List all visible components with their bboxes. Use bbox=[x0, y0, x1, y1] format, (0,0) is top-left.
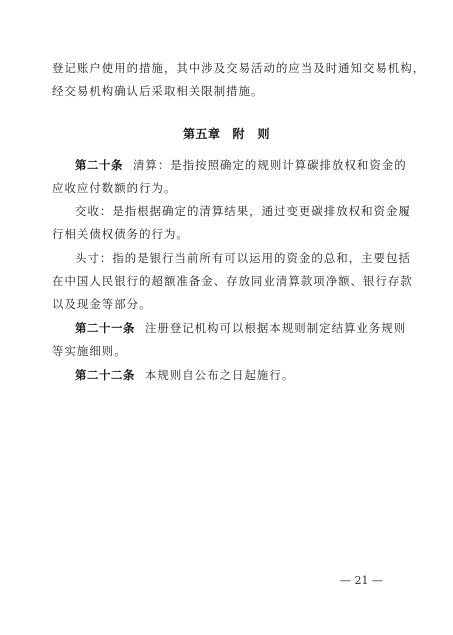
paragraph-line: 行相关债权债务的行为。 bbox=[52, 226, 412, 242]
chapter-title: 附 则 bbox=[233, 127, 271, 141]
paragraph-line: 应收应付数额的行为。 bbox=[52, 180, 412, 196]
article-text: 清算：是指按照确定的规则计算碳排放权和资金的 bbox=[133, 158, 407, 172]
paragraph-line: 经交易机构确认后采取相关限制措施。 bbox=[52, 83, 412, 99]
paragraph-line: 等实施细则。 bbox=[52, 343, 412, 359]
article-label: 第二十二条 bbox=[75, 368, 135, 382]
paragraph-line: 交收：是指根据确定的清算结果，通过变更碳排放权和资金履 bbox=[75, 203, 412, 219]
article-22: 第二十二条本规则自公布之日起施行。 bbox=[75, 367, 412, 383]
article-text: 本规则自公布之日起施行。 bbox=[145, 368, 294, 382]
article-label: 第二十条 bbox=[75, 158, 123, 172]
paragraph-line: 头寸：指的是银行当前所有可以运用的资金的总和，主要包括 bbox=[75, 250, 412, 266]
article-20: 第二十条清算：是指按照确定的规则计算碳排放权和资金的 bbox=[75, 157, 412, 173]
chapter-heading: 第五章附 则 bbox=[0, 125, 453, 142]
page-number: — 21 — bbox=[340, 574, 383, 587]
paragraph-line: 在中国人民银行的超额准备金、存放同业清算款项净额、银行存款 bbox=[52, 273, 412, 289]
article-text: 注册登记机构可以根据本规则制定结算业务规则 bbox=[145, 321, 406, 335]
chapter-number: 第五章 bbox=[183, 127, 221, 141]
article-label: 第二十一条 bbox=[75, 321, 135, 335]
document-page: 登记账户使用的措施，其中涉及交易活动的应当及时通知交易机构， 经交易机构确认后采… bbox=[0, 0, 453, 635]
paragraph-line: 登记账户使用的措施，其中涉及交易活动的应当及时通知交易机构， bbox=[52, 60, 412, 76]
paragraph-line: 以及现金等部分。 bbox=[52, 296, 412, 312]
article-21: 第二十一条注册登记机构可以根据本规则制定结算业务规则 bbox=[75, 320, 412, 336]
